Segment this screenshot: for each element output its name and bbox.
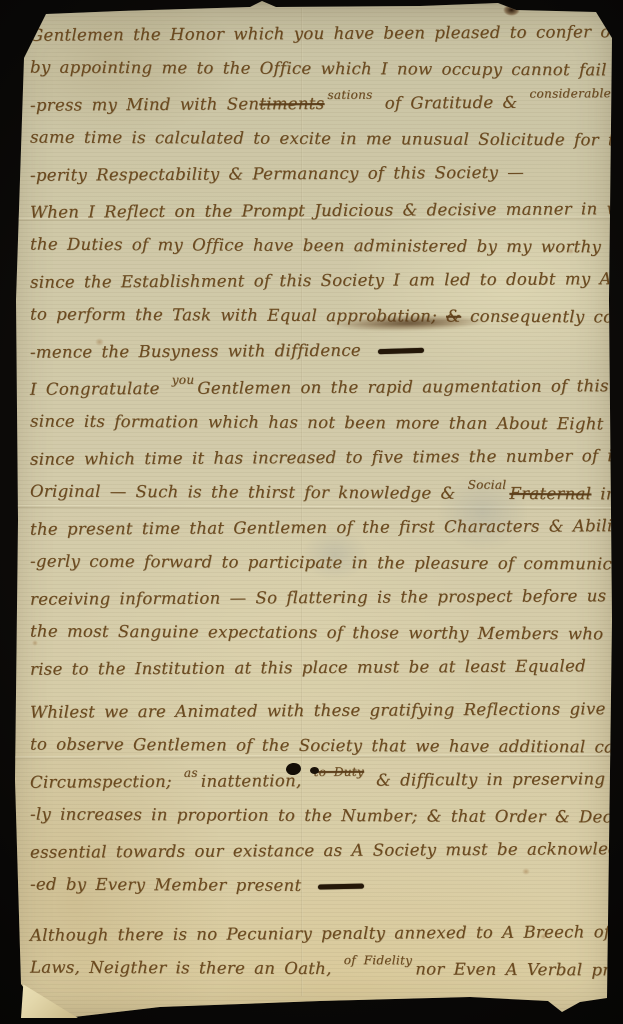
handwriting-text: When I Reflect on the Prompt Judicious &… [30, 199, 623, 222]
handwriting-text: since its formation which has not been m… [30, 412, 623, 434]
struck-word: Fraternal [509, 484, 591, 503]
ink-smudge-stain [325, 313, 493, 333]
ink-bleed-through-mark [420, 460, 545, 565]
foxing-spot [540, 933, 547, 940]
manuscript-line: -gerly come forward to participate in th… [30, 544, 608, 582]
handwriting-text: -ed by Every Member present [30, 875, 311, 895]
manuscript-line: -press my Mind with Sentimentssations of… [30, 84, 608, 123]
handwriting-text: intercourse at [591, 484, 623, 504]
manuscript-paragraph: Although there is no Pecuniary penalty a… [30, 916, 608, 986]
manuscript-line: receiving information — So flattering is… [30, 578, 608, 617]
manuscript-text: Gentlemen the Honor which you have been … [30, 16, 608, 986]
handwriting-text: the most Sanguine expectations of those … [30, 622, 623, 644]
manuscript-line: same time is calculated to excite in me … [30, 120, 608, 158]
ink-blot [310, 767, 319, 774]
inserted-word: of Fidelity [344, 955, 413, 965]
handwriting-text: to perform the Task with Equal approbati… [30, 305, 446, 326]
manuscript-line: -ed by Every Member present [30, 867, 608, 905]
handwriting-text: of Gratitude & [376, 93, 527, 113]
inserted-word: considerable [529, 88, 611, 98]
seal-spot [503, 4, 520, 16]
manuscript-line: Laws, Neigther is there an Oath, of Fide… [30, 950, 608, 988]
inserted-word: you [172, 375, 195, 385]
handwriting-text: -perity Respectability & Permanancy of t… [30, 163, 524, 185]
ink-bleed-through-mark [290, 520, 380, 590]
handwriting-text: the present time that Gentlemen of the f… [30, 516, 623, 539]
handwriting-text: to observe Gentlemen of the Society that… [30, 735, 623, 757]
manuscript-line: since which time it has increased to fiv… [30, 438, 608, 477]
handwriting-text: receiving information — So flattering is… [30, 586, 623, 609]
handwriting-text: the Duties of my Office have been admini… [30, 235, 623, 257]
manuscript-line: When I Reflect on the Prompt Judicious &… [30, 191, 608, 230]
handwriting-text: Circumspection; [30, 772, 181, 792]
manuscript-line: Gentlemen the Honor which you have been … [30, 14, 608, 53]
manuscript-line: -ly increases in proportion to the Numbe… [30, 797, 608, 835]
manuscript-line: to observe Gentlemen of the Society that… [30, 727, 608, 765]
manuscript-line: Whilest we are Animated with these grati… [30, 691, 608, 730]
photo-frame: Gentlemen the Honor which you have been … [0, 0, 623, 1024]
foxing-spot [568, 248, 574, 254]
inserted-word: sations [327, 90, 372, 100]
manuscript-paragraph: When I Reflect on the Prompt Judicious &… [30, 193, 608, 368]
manuscript-line: by appointing me to the Office which I n… [30, 50, 608, 88]
handwriting-text: inattention, [201, 771, 311, 791]
struck-word: & [446, 307, 461, 326]
handwriting-text: -press my Mind with Sen [30, 94, 259, 114]
fold-crease-top [14, 216, 611, 221]
handwriting-text: Responsibility & at the [614, 91, 623, 111]
ink-blot [285, 762, 302, 776]
handwriting-text: same time is calculated to excite in me … [30, 128, 623, 150]
handwriting-text: -mence the Busyness with diffidence [30, 341, 370, 362]
manuscript-paragraph: I Congratulate youGentlemen on the rapid… [30, 370, 608, 685]
foxing-spot [95, 338, 104, 346]
inserted-struck-word: to Duty [314, 767, 364, 777]
manuscript-line: rise to the Institution at this place mu… [30, 648, 608, 687]
handwriting-text: consequently com- [461, 307, 623, 327]
manuscript-line: -mence the Busyness with diffidence [30, 331, 608, 370]
heavy-ink-dash [378, 348, 424, 354]
handwriting-text: nor Even A Verbal promise Required [415, 959, 623, 980]
handwriting-text: rise to the Institution at this place mu… [30, 656, 586, 678]
inserted-word: as [184, 768, 198, 778]
manuscript-line: Although there is no Pecuniary penalty a… [30, 914, 608, 953]
manuscript-line: to perform the Task with Equal approbati… [30, 297, 608, 335]
handwriting-text: essential towards our existance as A Soc… [30, 839, 623, 862]
manuscript-paper: Gentlemen the Honor which you have been … [0, 0, 623, 1024]
manuscript-line: -perity Respectability & Permanancy of t… [30, 154, 608, 193]
manuscript-line: I Congratulate youGentlemen on the rapid… [30, 368, 608, 407]
manuscript-line: since its formation which has not been m… [30, 404, 608, 442]
fold-crease-vertical [301, 8, 303, 996]
heavy-ink-dash [318, 884, 364, 890]
handwriting-text: Laws, Neigther is there an Oath, [30, 958, 341, 979]
handwriting-text: Although there is no Pecuniary penalty a… [30, 922, 623, 945]
handwriting-text: -gerly come forward to participate in th… [30, 552, 623, 574]
fold-crease-middle [14, 505, 611, 510]
handwriting-text: I Congratulate [30, 379, 169, 399]
manuscript-line: the most Sanguine expectations of those … [30, 614, 608, 652]
manuscript-line: Circumspection; asinattention, to Duty &… [30, 761, 608, 800]
handwriting-text: since the Establishment of this Society … [30, 269, 623, 292]
handwriting-text: Gentlemen on the rapid augmentation of t… [197, 376, 623, 398]
handwriting-text: by appointing me to the Office which I n… [30, 58, 623, 80]
handwriting-text: Gentlemen the Honor which you have been … [30, 22, 623, 45]
manuscript-line: Original — Such is the thirst for knowle… [30, 474, 608, 512]
manuscript-line: the Duties of my Office have been admini… [30, 227, 608, 265]
fold-crease-bottom [14, 754, 611, 760]
manuscript-line: since the Establishment of this Society … [30, 261, 608, 300]
handwriting-text: -ly increases in proportion to the Numbe… [30, 805, 623, 827]
struck-word: timents [259, 94, 324, 113]
manuscript-line: the present time that Gentlemen of the f… [30, 508, 608, 547]
inserted-word: Social [468, 480, 507, 490]
handwriting-text: & difficulty in preserving Order uniform… [367, 768, 623, 789]
handwriting-text: Whilest we are Animated with these grati… [30, 699, 623, 722]
foxing-spot [32, 640, 38, 646]
manuscript-line: essential towards our existance as A Soc… [30, 831, 608, 870]
foxing-spot [522, 868, 530, 875]
manuscript-paragraph: Gentlemen the Honor which you have been … [30, 16, 608, 191]
handwriting-text: Original — Such is the thirst for knowle… [30, 482, 465, 503]
handwriting-text: since which time it has increased to fiv… [30, 446, 623, 469]
manuscript-paragraph: Whilest we are Animated with these grati… [30, 693, 608, 903]
